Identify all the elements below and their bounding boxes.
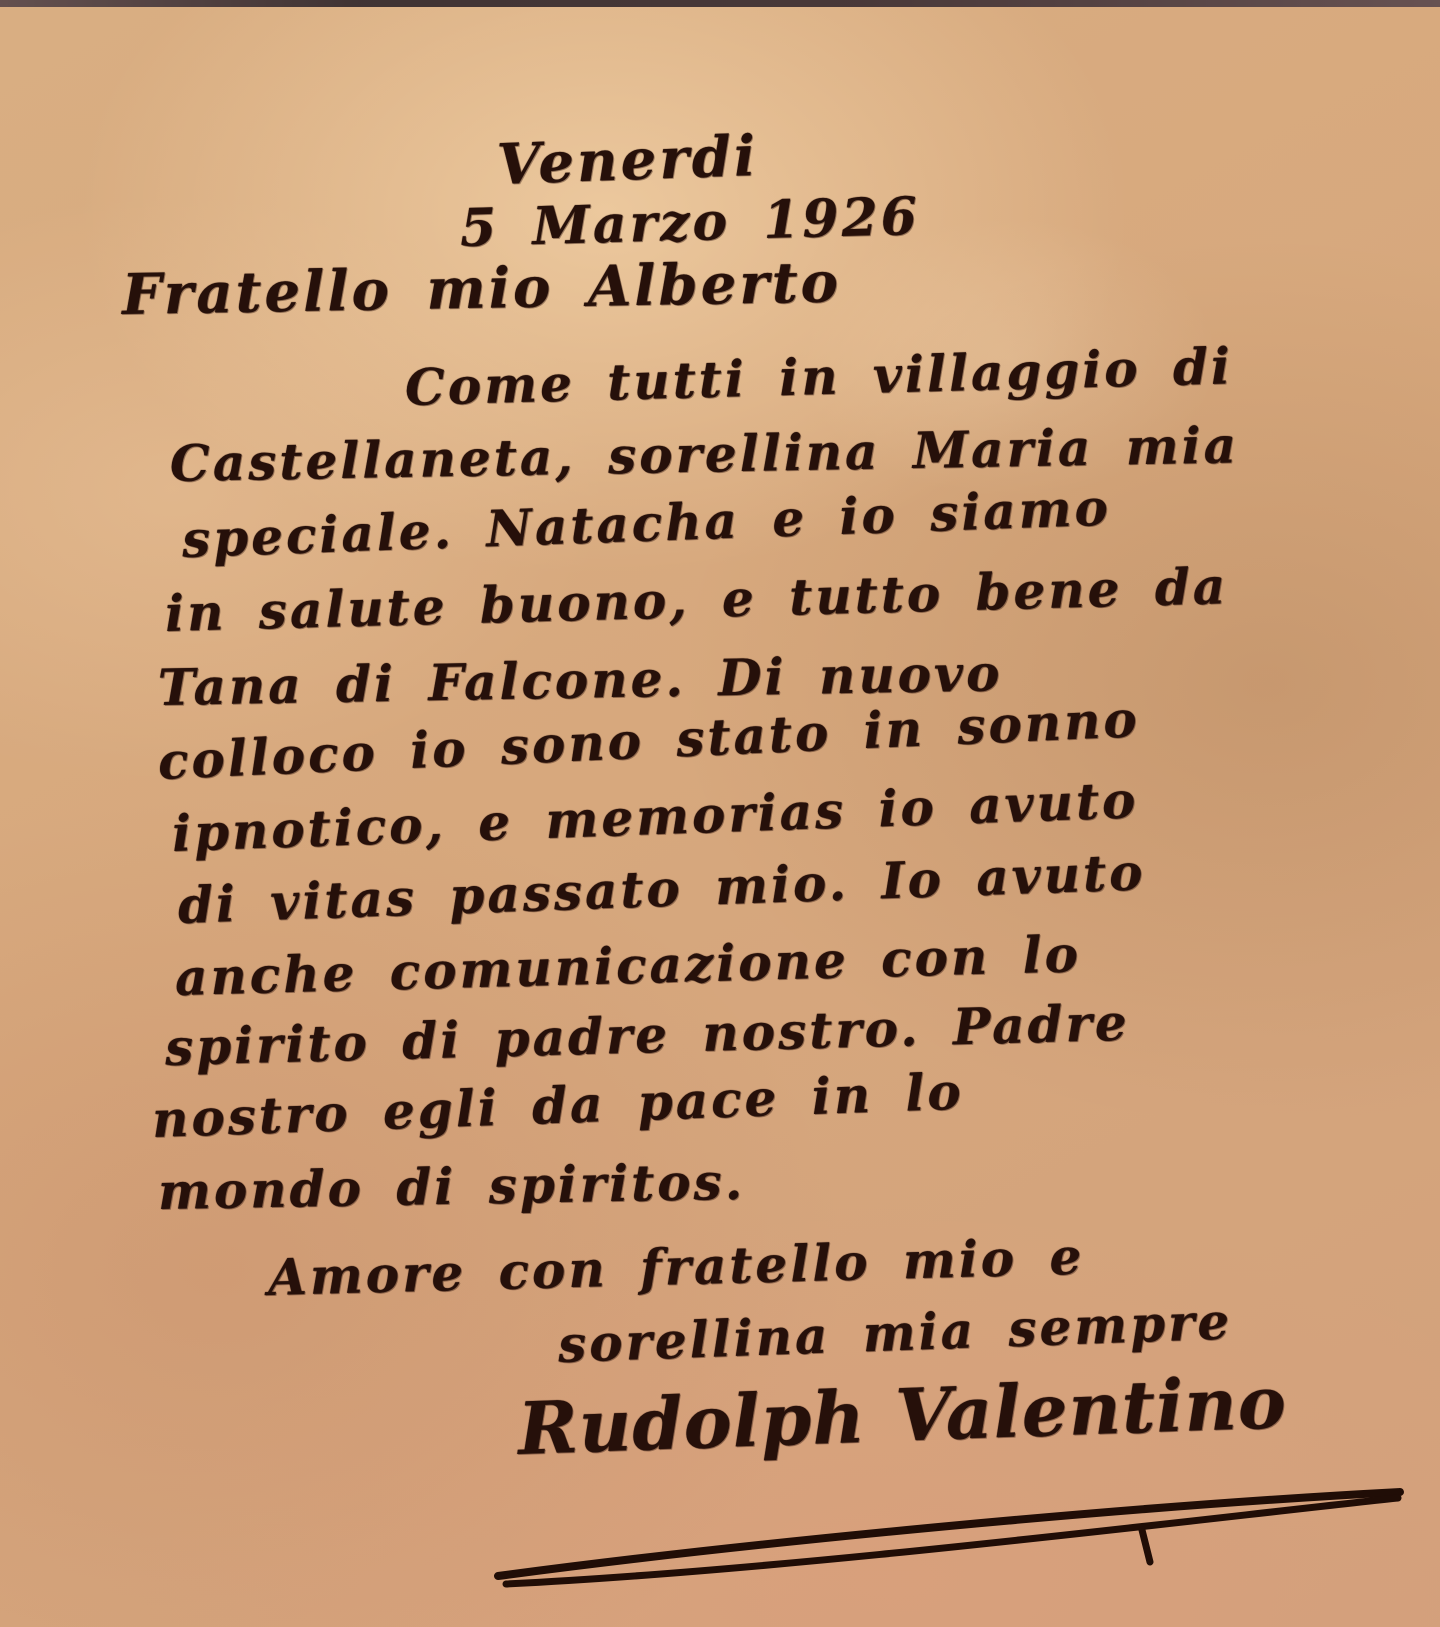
heading-date: 5 Marzo 1926 — [459, 186, 920, 259]
heading-weekday: Venerdi — [496, 123, 759, 198]
photo-top-edge-shadow — [0, 0, 1440, 7]
signature: Rudolph Valentino — [517, 1359, 1289, 1471]
letter-page: Venerdi 5 Marzo 1926 Fratello mio Albert… — [0, 0, 1440, 1627]
body-line: mondo di spiritos. — [157, 1152, 745, 1221]
body-line: nostro egli da pace in lo — [151, 1062, 965, 1149]
body-line: spirito di padre nostro. Padre — [164, 993, 1130, 1077]
salutation-line: Fratello mio Alberto — [121, 249, 841, 328]
body-line: speciale. Natacha e io siamo — [181, 478, 1112, 569]
closing-line: sorellina mia sempre — [557, 1291, 1233, 1374]
body-line: Come tutti in villaggio di — [404, 336, 1233, 417]
body-line: in salute buono, e tutto bene da — [164, 556, 1229, 643]
closing-line: Amore con fratello mio e — [267, 1227, 1085, 1307]
body-line: anche comunicazione con lo — [174, 924, 1081, 1007]
signature-flourish — [492, 1478, 1422, 1588]
